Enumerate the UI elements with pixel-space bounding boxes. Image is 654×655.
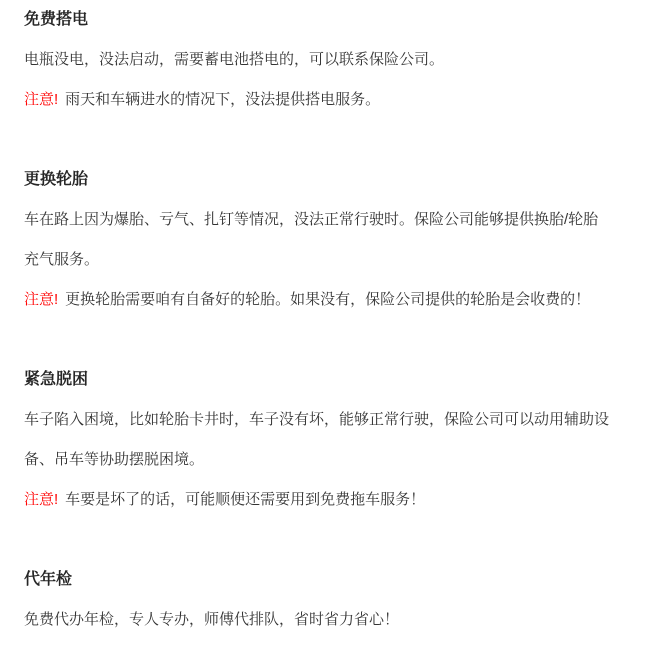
note-text: 车要是坏了的话，可能顺便还需要用到免费拖车服务！ — [65, 491, 425, 508]
section-title: 免费搭电 — [24, 0, 609, 40]
section-free-jumpstart: 免费搭电 电瓶没电，没法启动，需要蓄电池搭电的，可以联系保险公司。 注意!雨天和… — [24, 0, 609, 120]
section-body: 免费代办年检，专人专办，师傅代排队，省时省力省心！ — [24, 600, 609, 640]
section-title: 更换轮胎 — [24, 160, 609, 200]
section-emergency-rescue: 紧急脱困 车子陷入困境，比如轮胎卡井时，车子没有坏，能够正常行驶，保险公司可以动… — [24, 360, 609, 520]
section-annual-inspection: 代年检 免费代办年检，专人专办，师傅代排队，省时省力省心！ — [24, 560, 609, 640]
note-text: 更换轮胎需要咱有自备好的轮胎。如果没有，保险公司提供的轮胎是会收费的！ — [65, 291, 590, 308]
section-note: 注意!更换轮胎需要咱有自备好的轮胎。如果没有，保险公司提供的轮胎是会收费的！ — [24, 280, 609, 320]
section-title: 代年检 — [24, 560, 609, 600]
note-text: 雨天和车辆进水的情况下，没法提供搭电服务。 — [65, 91, 380, 108]
section-body: 电瓶没电，没法启动，需要蓄电池搭电的，可以联系保险公司。 — [24, 40, 609, 80]
section-note: 注意!雨天和车辆进水的情况下，没法提供搭电服务。 — [24, 80, 609, 120]
section-body: 车在路上因为爆胎、亏气、扎钉等情况，没法正常行驶时。保险公司能够提供换胎/轮胎充… — [24, 200, 609, 280]
note-label: 注意! — [24, 491, 58, 508]
note-label: 注意! — [24, 91, 58, 108]
service-description-page: 免费搭电 电瓶没电，没法启动，需要蓄电池搭电的，可以联系保险公司。 注意!雨天和… — [0, 0, 654, 655]
note-label: 注意! — [24, 291, 58, 308]
section-title: 紧急脱困 — [24, 360, 609, 400]
section-note: 注意!车要是坏了的话，可能顺便还需要用到免费拖车服务！ — [24, 480, 609, 520]
section-body: 车子陷入困境，比如轮胎卡井时，车子没有坏，能够正常行驶，保险公司可以动用辅助设备… — [24, 400, 609, 480]
section-tire-replacement: 更换轮胎 车在路上因为爆胎、亏气、扎钉等情况，没法正常行驶时。保险公司能够提供换… — [24, 160, 609, 320]
